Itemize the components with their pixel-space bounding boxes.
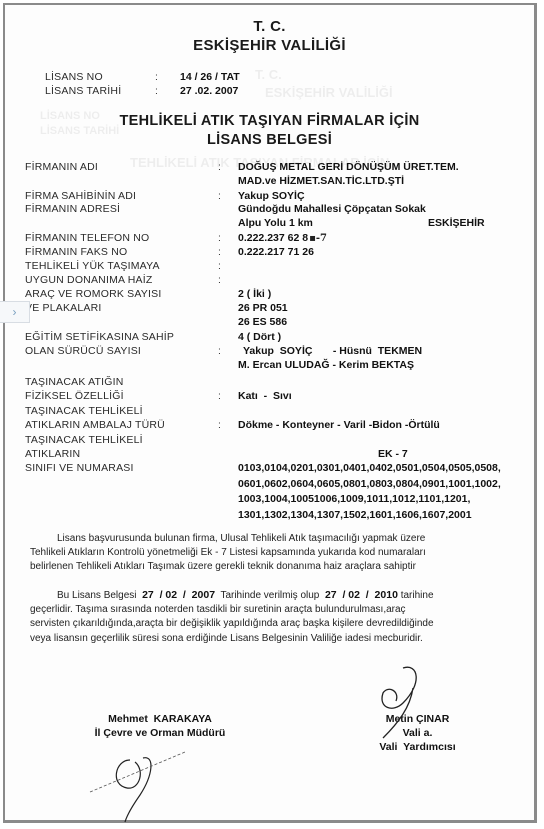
plate-2: 26 ES 586 — [238, 316, 287, 328]
colon: : — [218, 190, 221, 202]
paragraph-line: geçerlidir. Taşıma sırasında noterden ta… — [30, 603, 525, 617]
drivers-label-line2: OLAN SÜRÜCÜ SAYISI — [25, 345, 141, 357]
class-label-line2: ATIKLARIN — [25, 448, 80, 460]
class-label-line1: TAŞINACAK TEHLİKELİ — [25, 434, 143, 446]
packaging-label-line1: TAŞINACAK TEHLİKELİ — [25, 405, 143, 417]
colon: : — [218, 232, 221, 244]
phone-value: 0.222.237 62 8▪-7 — [238, 232, 327, 244]
colon: : — [155, 71, 158, 83]
drivers-names-line1: Yakup SOYİÇ - Hüsnü TEKMEN — [243, 345, 422, 357]
vehicles-label-line2: VE PLAKALARI — [25, 302, 102, 314]
validity-suffix: tarihine — [401, 590, 434, 601]
paragraph-line: veya lisansın geçerlilik süresi sona erd… — [30, 632, 525, 646]
colon: : — [218, 390, 221, 402]
equipment-label-line1: TEHLİKELİ YÜK TAŞIMAYA — [25, 260, 160, 272]
address-label: FİRMANIN ADRESİ — [25, 203, 120, 215]
plate-1: 26 PR 051 — [238, 302, 288, 314]
left-signatory-title: İl Çevre ve Orman Müdürü — [75, 726, 245, 740]
phone-label: FİRMANIN TELEFON NO — [25, 232, 149, 244]
validity-prefix: Bu Lisans Belgesi — [57, 590, 137, 601]
colon: : — [218, 246, 221, 258]
colon: : — [218, 161, 221, 173]
validity-middle: Tarihinde verilmiş olup — [220, 590, 319, 601]
paragraph-line: belirlenen Tehlikeli Atıkları Taşımak üz… — [30, 560, 520, 574]
paragraph-line: Bu Lisans Belgesi 27 / 02 / 2007 Tarihin… — [30, 588, 525, 603]
license-no-label: LİSANS NO — [45, 71, 103, 83]
class-codes-line: 0601,0602,0604,0605,0801,0803,0804,0901,… — [238, 477, 501, 493]
header-governorship: ESKİŞEHİR VALİLİĞİ — [5, 37, 534, 54]
owner-value: Yakup SOYİÇ — [238, 190, 305, 202]
bleed-through-text: T. C. — [255, 67, 282, 82]
phone-handwritten-correction: ▪-7 — [309, 233, 327, 244]
sidebar-expander-button[interactable]: › — [0, 301, 30, 323]
colon: : — [218, 260, 221, 272]
drivers-count: 4 ( Dört ) — [238, 331, 281, 343]
left-signature-mark — [85, 750, 195, 825]
paragraph-validity: Bu Lisans Belgesi 27 / 02 / 2007 Tarihin… — [30, 588, 525, 646]
physical-value: Katı - Sıvı — [238, 390, 292, 402]
drivers-label-line1: EĞİTİM SETİFİKASINA SAHİP — [25, 331, 174, 343]
class-annex: EK - 7 — [378, 448, 408, 460]
colon: : — [218, 419, 221, 431]
vehicles-label-line1: ARAÇ VE ROMORK SAYISI — [25, 288, 161, 300]
class-codes-line: 1301,1302,1304,1307,1502,1601,1606,1607,… — [238, 508, 501, 524]
license-no-value: 14 / 26 / TAT — [180, 71, 240, 83]
left-signatory-name: Mehmet KARAKAYA — [75, 712, 245, 726]
vehicles-count: 2 ( İki ) — [238, 288, 271, 300]
paragraph-line: servisten çıkarıldığında,araçta bir deği… — [30, 617, 525, 631]
firm-name-line2: MAD.ve HİZMET.SAN.TİC.LTD.ŞTİ — [238, 175, 404, 187]
fax-label: FİRMANIN FAKS NO — [25, 246, 127, 258]
paragraph-capability: Lisans başvurusunda bulunan firma, Ulusa… — [30, 532, 520, 575]
license-date-label: LİSANS TARİHİ — [45, 85, 121, 97]
colon: : — [218, 274, 221, 286]
class-codes-line: 1003,1004,10051006,1009,1011,1012,1101,1… — [238, 492, 501, 508]
class-codes: 0103,0104,0201,0301,0401,0402,0501,0504,… — [238, 461, 501, 523]
packaging-label-line2: ATIKLARIN AMBALAJ TÜRÜ — [25, 419, 165, 431]
owner-label: FİRMA SAHİBİNİN ADI — [25, 190, 136, 202]
colon: : — [155, 85, 158, 97]
paragraph-line: Lisans başvurusunda bulunan firma, Ulusa… — [30, 532, 520, 546]
physical-label-line2: FİZİKSEL ÖZELLİĞİ — [25, 390, 124, 402]
chevron-right-icon: › — [13, 306, 17, 318]
address-line2: Alpu Yolu 1 km — [238, 217, 313, 229]
packaging-value: Dökme - Konteyner - Varil -Bidon -Örtülü — [238, 419, 440, 431]
left-signatory: Mehmet KARAKAYA İl Çevre ve Orman Müdürü — [75, 712, 245, 740]
header-tc: T. C. — [5, 18, 534, 35]
document-title-line1: TEHLİKELİ ATIK TAŞIYAN FİRMALAR İÇİN — [5, 113, 534, 129]
colon: : — [218, 345, 221, 357]
class-codes-line: 0103,0104,0201,0301,0401,0402,0501,0504,… — [238, 461, 501, 477]
firm-name-label: FİRMANIN ADI — [25, 161, 98, 173]
address-city: ESKİŞEHİR — [428, 217, 485, 229]
paragraph-line: Tehlikeli Atıkların Kontrolü yönetmeliği… — [30, 546, 520, 560]
expiry-date: 27 / 02 / 2010 — [325, 589, 398, 601]
fax-value: 0.222.217 71 26 — [238, 246, 314, 258]
firm-name-line1: DOĞUŞ METAL GERİ DÖNÜŞÜM ÜRET.TEM. — [238, 161, 459, 173]
document-title-line2: LİSANS BELGESİ — [5, 132, 534, 148]
equipment-label-line2: UYGUN DONANIMA HAİZ — [25, 274, 152, 286]
license-date-value: 27 .02. 2007 — [180, 85, 238, 97]
right-signature-mark — [368, 663, 438, 743]
issue-date: 27 / 02 / 2007 — [142, 589, 215, 601]
class-label-line3: SINIFI VE NUMARASI — [25, 462, 134, 474]
physical-label-line1: TAŞINACAK ATIĞIN — [25, 376, 124, 388]
drivers-names-line2: M. Ercan ULUDAĞ - Kerim BEKTAŞ — [238, 359, 414, 371]
bleed-through-text: ESKİŞEHİR VALİLİĞİ — [265, 85, 393, 100]
phone-number: 0.222.237 62 8 — [238, 232, 308, 244]
license-document: T. C. ESKİŞEHİR VALİLİĞİ LİSANS NO LİSAN… — [3, 3, 537, 823]
address-line1: Gündoğdu Mahallesi Çöpçatan Sokak — [238, 203, 426, 215]
